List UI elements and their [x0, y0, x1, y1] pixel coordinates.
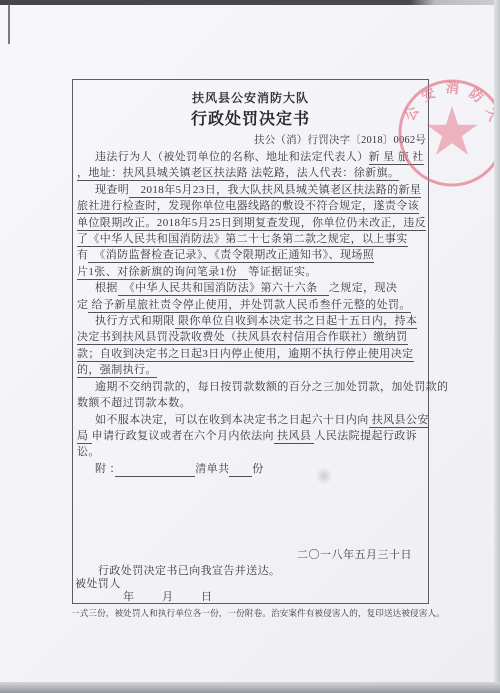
filled-in-text: 款；自收到决定书之日起3日内停止使用，逾期不执行停止使用决定 — [77, 348, 414, 362]
scan-background: 扶风县公安消防大队 行政处罚决定书 扶公（消）行罚决字〔2018〕0062号 违… — [0, 0, 500, 693]
scan-edge-artifact — [8, 4, 10, 44]
printed-text: 有 — [77, 249, 88, 261]
delivery-statement: 行政处罚决定书已向我宣告并送达。 — [98, 562, 280, 578]
smudge-mark — [316, 468, 332, 484]
body-line: 违法行为人（被处罚单位的名称、地址和法定代表人）新 星 旅 社 — [77, 149, 428, 165]
document-number: 扶公（消）行罚决字〔2018〕0062号 — [254, 132, 426, 147]
printed-text: 根据 — [95, 282, 118, 294]
body-line: 执行方式和期限 限你单位自收到本决定书之日起十五日内，持本 — [77, 313, 428, 329]
body-line: 决定书到扶风县罚没款收费处（扶风县农村信用合作联社）缴纳罚 — [77, 329, 428, 345]
filled-in-text — [229, 463, 252, 477]
body-line: 数额不超过罚款本数。 — [77, 395, 428, 411]
filled-in-text: 单位限期改正。2018年5月25日到期复查发现，你单位仍未改正，违反 — [77, 217, 426, 231]
filled-in-text: 局 — [77, 430, 92, 444]
printed-text: 执行方式和期限 — [95, 315, 175, 327]
document-body: 违法行为人（被处罚单位的名称、地址和法定代表人）新 星 旅 社，地址：扶风县城关… — [77, 149, 428, 477]
copies-note: 一式三份，被处罚人和执行单位各一份，一份附卷。治安案件有被侵害人的，复印送达被侵… — [71, 607, 445, 619]
scan-edge-top — [0, 0, 500, 5]
body-line: 有 《消防监督检查记录》、《责令限期改正通知书》、现场照 — [77, 247, 428, 263]
filled-in-text: 限你单位自收到本决定书之日起十五日内，持本 — [175, 315, 418, 329]
printed-text: 逾期不交纳罚款的，每日按罚款数额的百分之三加处罚款，加处罚款的 — [95, 381, 448, 393]
printed-text: 违法行为人（被处罚单位的名称、地址和法定代表人） — [95, 151, 369, 163]
body-line: 旅社进行检查时，发现你单位电器线路的敷设不符合规定，遂责令该 — [77, 198, 428, 214]
printed-text: 数额不超过罚款本数。 — [77, 397, 191, 409]
scan-edge-bottom — [0, 682, 500, 693]
printed-text: 如不服本决定，可以在收到本决定书之日起六十日内向 — [95, 414, 369, 426]
decision-date: 二〇一八年五月三十日 — [297, 546, 412, 562]
printed-text: 定 — [77, 299, 88, 311]
printed-text: 现查明 — [95, 184, 129, 196]
document-paper: 扶风县公安消防大队 行政处罚决定书 扶公（消）行罚决字〔2018〕0062号 违… — [0, 0, 500, 693]
body-line: 定 给予新星旅社责令停止使用，并处罚款人民币叁仟元整的处罚。 — [77, 297, 428, 313]
body-line: 逾期不交纳罚款的，每日按罚款数额的百分之三加处罚款，加处罚款的 — [77, 379, 428, 395]
printed-text: 申请行政复议或者在六个月内依法向 — [92, 430, 274, 442]
filled-in-text — [115, 463, 195, 477]
printed-text: 人民法院提起行政诉 — [314, 430, 417, 442]
body-line: 单位限期改正。2018年5月25日到期复查发现，你单位仍未改正，违反 — [77, 215, 428, 231]
filled-in-text: 《中华人民共和国消防法》第六十六条 — [118, 282, 329, 296]
body-line: 的，强制执行。 — [77, 362, 428, 378]
printed-text: 份 — [252, 463, 263, 475]
body-line: ，地址：扶风县城关镇老区扶法路 法乾路，法人代表：徐新旗。 — [77, 165, 428, 181]
body-line: 现查明 2018年5月23日，我大队扶风县城关镇老区扶法路的新星 — [77, 182, 428, 198]
filled-in-text: 扶风县公安 — [369, 414, 429, 428]
body-line: 附 ： 清单共 份 — [77, 461, 428, 477]
filled-in-text: 决定书到扶风县罚没款收费处（扶风县农村信用合作联社）缴纳罚 — [77, 331, 408, 345]
filled-in-text: 《消防监督检查记录》、《责令限期改正通知书》、现场照 — [88, 249, 374, 263]
signature-date-blank: 年 月 日 — [123, 588, 214, 604]
body-line: 讼。 — [77, 444, 428, 460]
filled-in-text: ，地址：扶风县城关镇老区扶法路 法乾路，法人代表：徐新旗。 — [77, 167, 399, 181]
filled-in-text: 的，强制执行。 — [77, 364, 157, 378]
body-line: 款；自收到决定书之日起3日内停止使用，逾期不执行停止使用决定 — [77, 346, 428, 362]
seal-star-icon — [426, 106, 477, 155]
filled-in-text: 2018年5月23日，我大队扶风县城关镇老区扶法路的新星 — [129, 184, 421, 198]
body-line: 根据 《中华人民共和国消防法》第六十六条 之规定，现决 — [77, 280, 428, 296]
body-line: 如不服本决定，可以在收到本决定书之日起六十日内向 扶风县公安 — [77, 412, 428, 428]
body-line: 了《中华人民共和国消防法》第二十七条第二款之规定，以上事实 — [77, 231, 428, 247]
printed-text: 之规定，现决 — [329, 282, 397, 294]
filled-in-text: 片1张、对徐新旗的询问笔录1份 — [77, 266, 248, 280]
printed-text: 附 ： — [95, 463, 115, 475]
filled-in-text: 扶风县 — [274, 430, 315, 444]
page-title: 行政处罚决定书 — [73, 106, 428, 129]
document-frame: 扶风县公安消防大队 行政处罚决定书 扶公（消）行罚决字〔2018〕0062号 违… — [72, 79, 429, 604]
printed-text: 清单共 — [195, 463, 229, 475]
body-line: 片1张、对徐新旗的询问笔录1份 等证据证实。 — [77, 264, 428, 280]
penalized-person-label: 被处罚人 — [75, 575, 121, 591]
printed-text: 等证据证实。 — [248, 266, 316, 278]
filled-in-text: 新 星 旅 社 — [369, 151, 424, 165]
agency-name: 扶风县公安消防大队 — [73, 89, 428, 106]
filled-in-text: 了《中华人民共和国消防法》第二十七条第二款之规定，以上事实 — [77, 233, 408, 247]
scan-edge-right — [494, 0, 500, 693]
printed-text: 讼。 — [77, 446, 100, 458]
body-line: 局 申请行政复议或者在六个月内依法向 扶风县 人民法院提起行政诉 — [77, 428, 428, 444]
filled-in-text: 给予新星旅社责令停止使用，并处罚款人民币叁仟元整的处罚。 — [88, 299, 410, 313]
filled-in-text: 旅社进行检查时，发现你单位电器线路的敷设不符合规定，遂责令该 — [77, 200, 419, 214]
